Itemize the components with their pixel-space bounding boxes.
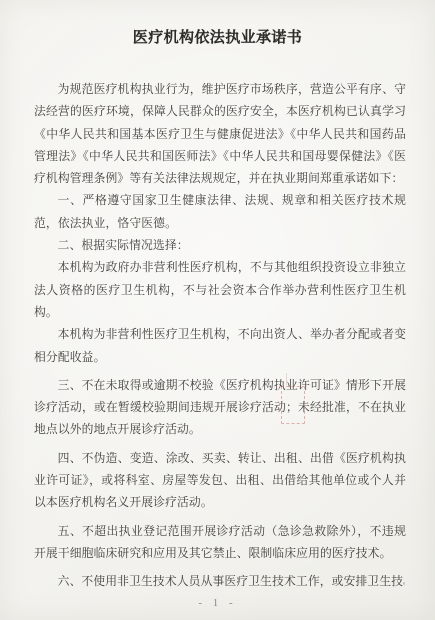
paragraph: 六、不使用非卫生技术人员从事医疗卫生技术工作，或安排卫生技 — [34, 570, 406, 592]
paragraph: 本机构为政府办非营利性医疗机构，不与其他组织投资设立非独立法人资格的医疗卫生机构… — [34, 256, 406, 323]
paragraph: 三、不在未取得或逾期不校验《医疗机构执业许可证》情形下开展诊疗活动，或在暂缓校验… — [34, 374, 406, 441]
paragraph: 本机构为非营利性医疗卫生机构，不向出资人、举办者分配或者变相分配收益。 — [34, 323, 406, 368]
page-title: 医疗机构依法执业承诺书 — [0, 26, 435, 47]
paragraph: 一、严格遵守国家卫生健康法律、法规、规章和相关医疗技术规范，依法执业，恪守医德。 — [34, 189, 406, 234]
paragraph: 二、根据实际情况选择： — [34, 234, 406, 256]
paragraph: 四、不伪造、变造、涂改、买卖、转让、出租、出借《医疗机构执业许可证》，或将科室、… — [34, 447, 406, 514]
scanned-document-page: 医疗机构依法执业承诺书 为规范医疗机构执业行为，维护医疗市场秩序，营造公平有序、… — [0, 0, 435, 620]
document-body: 为规范医疗机构执业行为，维护医疗市场秩序，营造公平有序、守法经营的医疗环境，保障… — [34, 78, 406, 593]
page-number: - 1 - — [0, 597, 435, 609]
paragraph: 五、不超出执业登记范围开展诊疗活动（急诊急救除外），不违规开展干细胞临床研究和应… — [34, 520, 406, 565]
paragraph: 为规范医疗机构执业行为，维护医疗市场秩序，营造公平有序、守法经营的医疗环境，保障… — [34, 78, 406, 189]
scan-speck — [403, 582, 405, 585]
